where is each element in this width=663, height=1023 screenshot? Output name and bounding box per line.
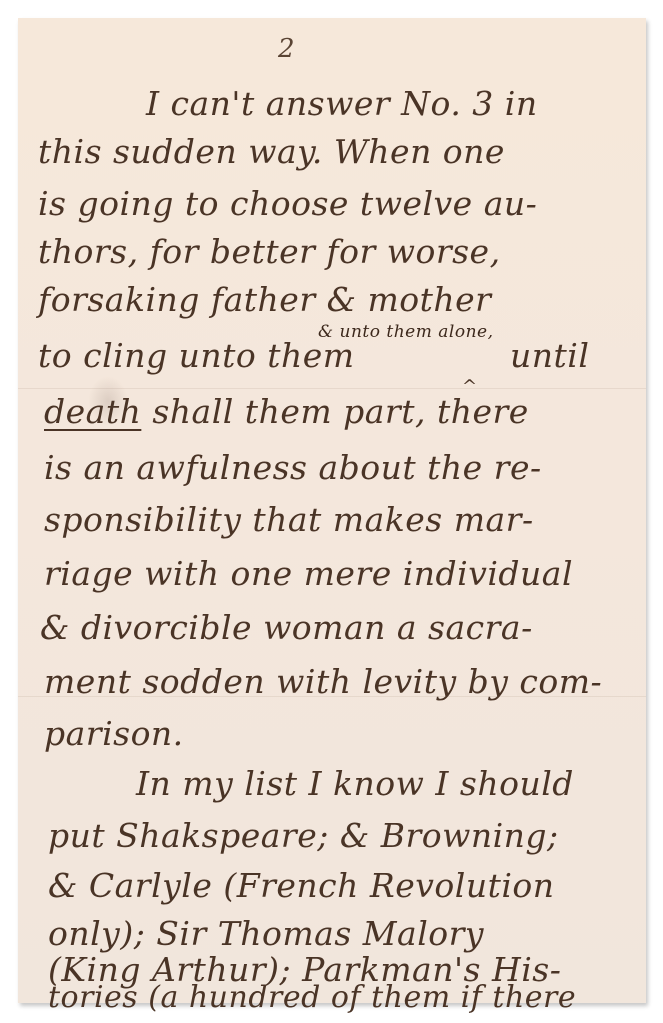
letter-line-6-text: to cling unto them [38, 336, 355, 375]
letter-line-4: thors, for better for worse, [38, 232, 501, 271]
letter-line-8: is an awfulness about the re- [44, 448, 542, 487]
underlined-word: death [44, 392, 141, 431]
letter-line-17: only); Sir Thomas Malory [48, 914, 484, 953]
letter-line-7-text: shall them part, there [152, 392, 528, 431]
letter-line-13: parison. [44, 714, 184, 753]
letter-line-1: I can't answer No. 3 in [146, 84, 538, 123]
letter-line-9: sponsibility that makes mar- [44, 500, 534, 539]
letter-line-19: tories (a hundred of them if there [48, 980, 576, 1015]
letter-line-7: death shall them part, there [44, 392, 529, 431]
letter-line-11: & divorcible woman a sacra- [40, 608, 533, 647]
letter-line-6: to cling unto them [38, 336, 355, 375]
letter-line-14: In my list I know I should [136, 764, 574, 803]
letter-line-6-tail: until [510, 336, 589, 375]
letter-line-16: & Carlyle (French Revolution [48, 866, 555, 905]
page-number: 2 [278, 34, 295, 64]
letter-line-2: this sudden way. When one [38, 132, 505, 171]
letter-line-3: is going to choose twelve au- [38, 184, 537, 223]
letter-line-5: forsaking father & mother [38, 280, 491, 319]
letter-line-12: ment sodden with levity by com- [44, 662, 602, 701]
letter-line-15: put Shakspeare; & Browning; [48, 816, 559, 855]
letter-line-10: riage with one mere individual [44, 554, 573, 593]
